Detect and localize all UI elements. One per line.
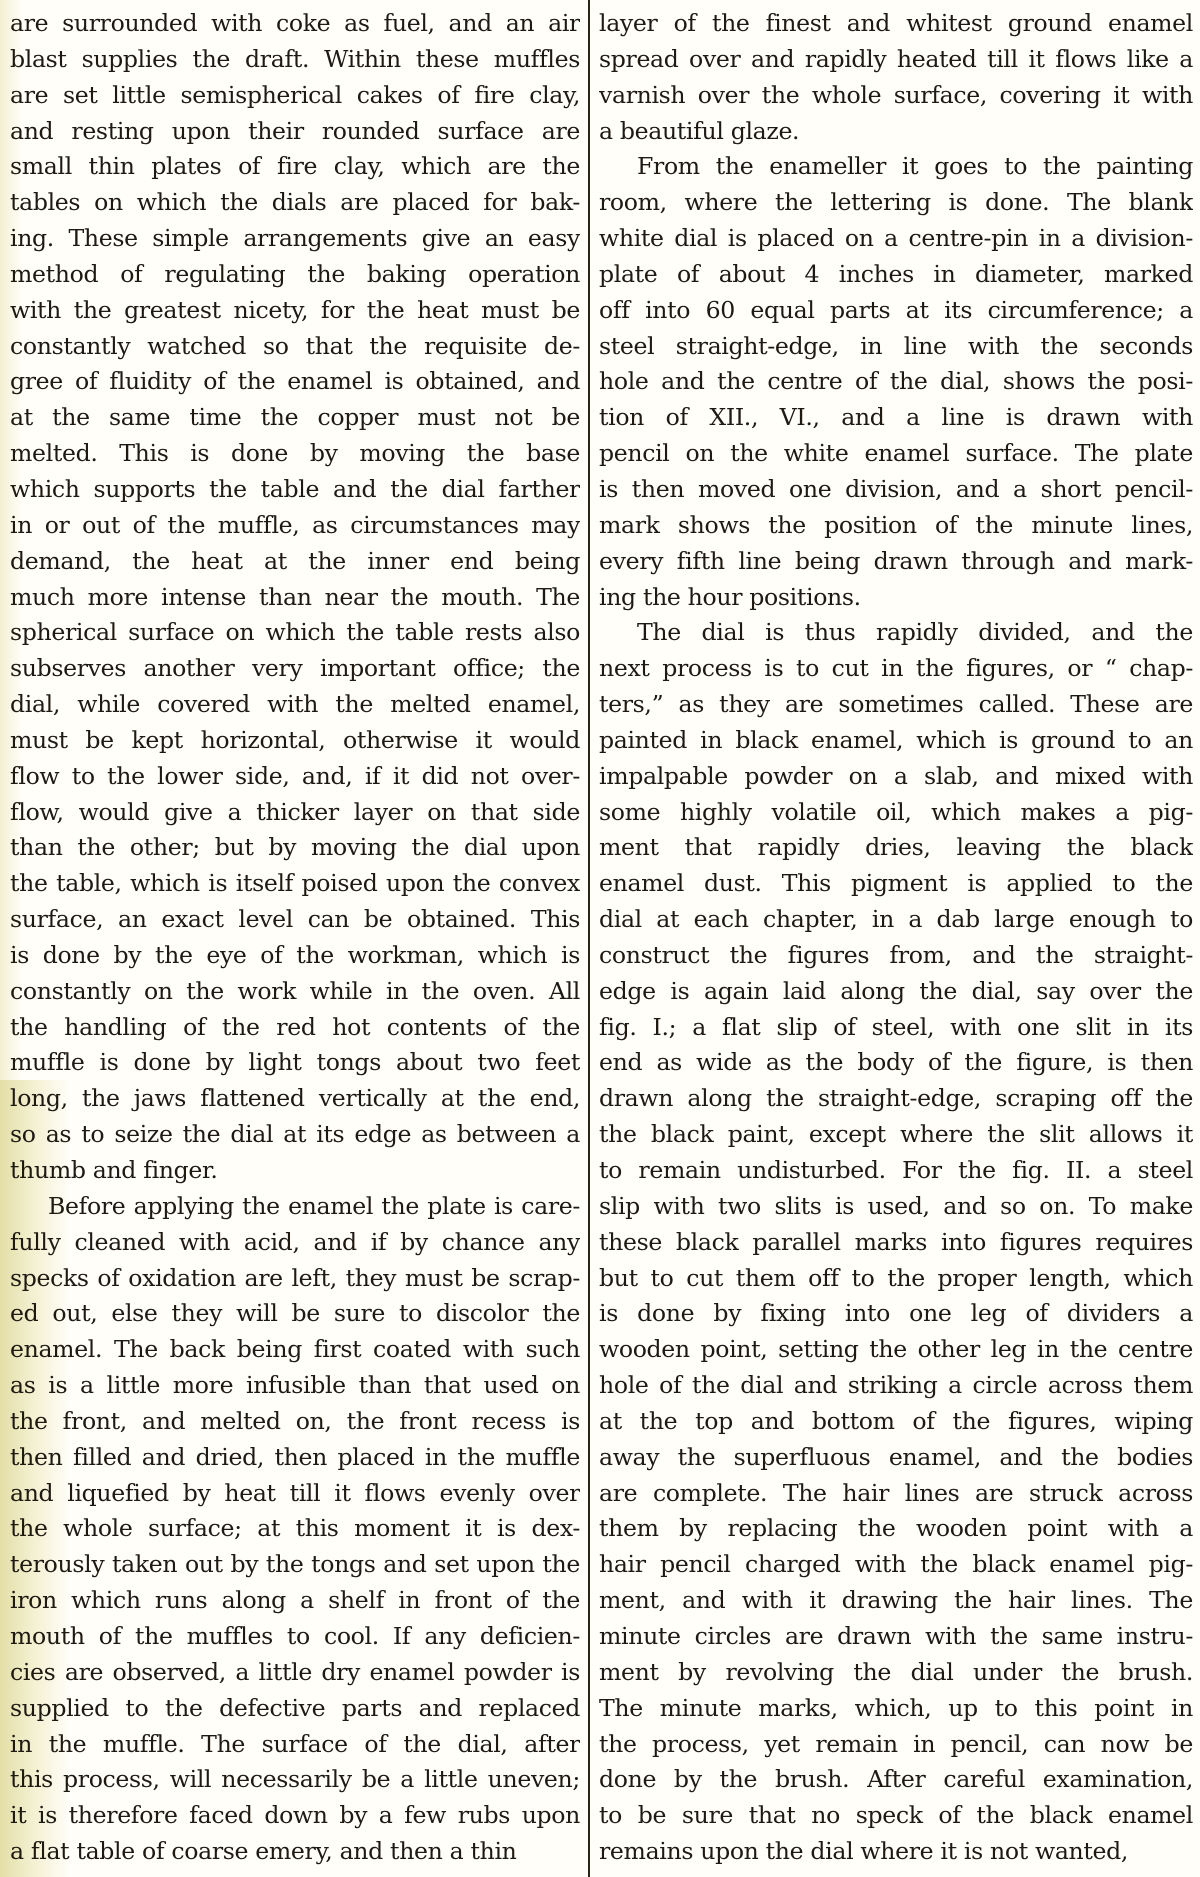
text-line: Before applying the enamel the plate is … [10,1189,580,1225]
text-line: and liquefied by heat till it flows even… [10,1476,580,1512]
text-line: flow, would give a thicker layer on that… [10,795,580,831]
text-line: layer of the finest and whitest ground e… [599,6,1193,42]
text-line: ters,” as they are sometimes called. The… [599,687,1193,723]
text-line: some highly volatile oil, which makes a … [599,795,1193,831]
text-line: are set little semispherical cakes of fi… [10,78,580,114]
text-line: the handling of the red hot contents of … [10,1010,580,1046]
text-line: tion of XII., VI., and a line is drawn w… [599,400,1193,436]
text-line: is then moved one division, and a short … [599,472,1193,508]
text-line: the table, which is itself poised upon t… [10,866,580,902]
text-line: dial at each chapter, in a dab large eno… [599,902,1193,938]
text-line: supplied to the defective parts and repl… [10,1691,580,1727]
text-line: a flat table of coarse emery, and then a… [10,1834,580,1870]
text-line: painted in black enamel, which is ground… [599,723,1193,759]
text-line: The minute marks, which, up to this poin… [599,1691,1193,1727]
text-line: cies are observed, a little dry enamel p… [10,1655,580,1691]
text-line: impalpable powder on a slab, and mixed w… [599,759,1193,795]
text-line: the front, and melted on, the front rece… [10,1404,580,1440]
text-line: muffle is done by light tongs about two … [10,1045,580,1081]
text-line: minute circles are drawn with the same i… [599,1619,1193,1655]
text-line: are surrounded with coke as fuel, and an… [10,6,580,42]
text-line: the whole surface; at this moment it is … [10,1511,580,1547]
text-line: The dial is thus rapidly divided, and th… [599,615,1193,651]
text-line: every fifth line being drawn through and… [599,544,1193,580]
text-line: surface, an exact level can be obtained.… [10,902,580,938]
text-line: thumb and finger. [10,1153,580,1189]
text-line: specks of oxidation are left, they must … [10,1261,580,1297]
text-line: then filled and dried, then placed in th… [10,1440,580,1476]
text-line: much more intense than near the mouth. T… [10,580,580,616]
text-line: at the same time the copper must not be [10,400,580,436]
text-line: away the superfluous enamel, and the bod… [599,1440,1193,1476]
text-line: slip with two slits is used, and so on. … [599,1189,1193,1225]
text-line: ing the hour positions. [599,580,1193,616]
text-line: enamel dust. This pigment is applied to … [599,866,1193,902]
text-line: spread over and rapidly heated till it f… [599,42,1193,78]
text-line: drawn along the straight-edge, scraping … [599,1081,1193,1117]
text-line: From the enameller it goes to the painti… [599,149,1193,185]
text-line: dial, while covered with the melted enam… [10,687,580,723]
text-line: plate of about 4 inches in diameter, mar… [599,257,1193,293]
text-line: blast supplies the draft. Within these m… [10,42,580,78]
text-line: enamel. The back being first coated with… [10,1332,580,1368]
text-line: at the top and bottom of the figures, wi… [599,1404,1193,1440]
left-column: are surrounded with coke as fuel, and an… [10,6,580,1870]
text-line: these black parallel marks into figures … [599,1225,1193,1261]
text-line: flow to the lower side, and, if it did n… [10,759,580,795]
text-line: which supports the table and the dial fa… [10,472,580,508]
right-column: layer of the finest and whitest ground e… [599,6,1193,1870]
text-line: mouth of the muffles to cool. If any def… [10,1619,580,1655]
text-line: ed out, else they will be sure to discol… [10,1296,580,1332]
text-line: room, where the lettering is done. The b… [599,185,1193,221]
text-line: off into 60 equal parts at its circumfer… [599,293,1193,329]
text-line: ment that rapidly dries, leaving the bla… [599,830,1193,866]
text-line: long, the jaws flattened vertically at t… [10,1081,580,1117]
text-line: ment, and with it drawing the hair lines… [599,1583,1193,1619]
text-line: fully cleaned with acid, and if by chanc… [10,1225,580,1261]
text-line: constantly watched so that the requisite… [10,329,580,365]
text-line: it is therefore faced down by a few rubs… [10,1798,580,1834]
text-line: hole and the centre of the dial, shows t… [599,364,1193,400]
text-line: done by the brush. After careful examina… [599,1762,1193,1798]
text-line: and resting upon their rounded surface a… [10,114,580,150]
text-line: hair pencil charged with the black ename… [599,1547,1193,1583]
text-line: but to cut them off to the proper length… [599,1261,1193,1297]
text-line: mark shows the position of the minute li… [599,508,1193,544]
text-line: as is a little more infusible than that … [10,1368,580,1404]
text-line: in or out of the muffle, as circumstance… [10,508,580,544]
text-line: subserves another very important office;… [10,651,580,687]
text-line: small thin plates of fire clay, which ar… [10,149,580,185]
text-line: construct the figures from, and the stra… [599,938,1193,974]
text-line: spherical surface on which the table res… [10,615,580,651]
text-line: fig. I.; a flat slip of steel, with one … [599,1010,1193,1046]
text-line: end as wide as the body of the figure, i… [599,1045,1193,1081]
text-line: ing. These simple arrangements give an e… [10,221,580,257]
text-line: remains upon the dial where it is not wa… [599,1834,1193,1870]
text-line: in the muffle. The surface of the dial, … [10,1727,580,1763]
text-line: to be sure that no speck of the black en… [599,1798,1193,1834]
document-page: are surrounded with coke as fuel, and an… [0,0,1200,1877]
text-line: is done by the eye of the workman, which… [10,938,580,974]
text-line: white dial is placed on a centre-pin in … [599,221,1193,257]
text-line: pencil on the white enamel surface. The … [599,436,1193,472]
text-line: are complete. The hair lines are struck … [599,1476,1193,1512]
text-line: with the greatest nicety, for the heat m… [10,293,580,329]
text-line: terously taken out by the tongs and set … [10,1547,580,1583]
text-line: the process, yet remain in pencil, can n… [599,1727,1193,1763]
text-line: varnish over the whole surface, covering… [599,78,1193,114]
text-line: than the other; but by moving the dial u… [10,830,580,866]
text-line: melted. This is done by moving the base [10,436,580,472]
text-line: method of regulating the baking operatio… [10,257,580,293]
text-line: edge is again laid along the dial, say o… [599,974,1193,1010]
text-line: iron which runs along a shelf in front o… [10,1583,580,1619]
text-line: wooden point, setting the other leg in t… [599,1332,1193,1368]
text-line: steel straight-edge, in line with the se… [599,329,1193,365]
text-line: next process is to cut in the figures, o… [599,651,1193,687]
text-line: this process, will necessarily be a litt… [10,1762,580,1798]
column-divider [588,0,590,1877]
text-line: so as to seize the dial at its edge as b… [10,1117,580,1153]
text-line: to remain undisturbed. For the fig. II. … [599,1153,1193,1189]
text-line: is done by fixing into one leg of divide… [599,1296,1193,1332]
text-line: the black paint, except where the slit a… [599,1117,1193,1153]
text-line: a beautiful glaze. [599,114,1193,150]
text-line: gree of fluidity of the enamel is obtain… [10,364,580,400]
text-line: demand, the heat at the inner end being [10,544,580,580]
text-line: tables on which the dials are placed for… [10,185,580,221]
text-line: ment by revolving the dial under the bru… [599,1655,1193,1691]
text-line: them by replacing the wooden point with … [599,1511,1193,1547]
text-line: constantly on the work while in the oven… [10,974,580,1010]
text-line: must be kept horizontal, otherwise it wo… [10,723,580,759]
text-line: hole of the dial and striking a circle a… [599,1368,1193,1404]
